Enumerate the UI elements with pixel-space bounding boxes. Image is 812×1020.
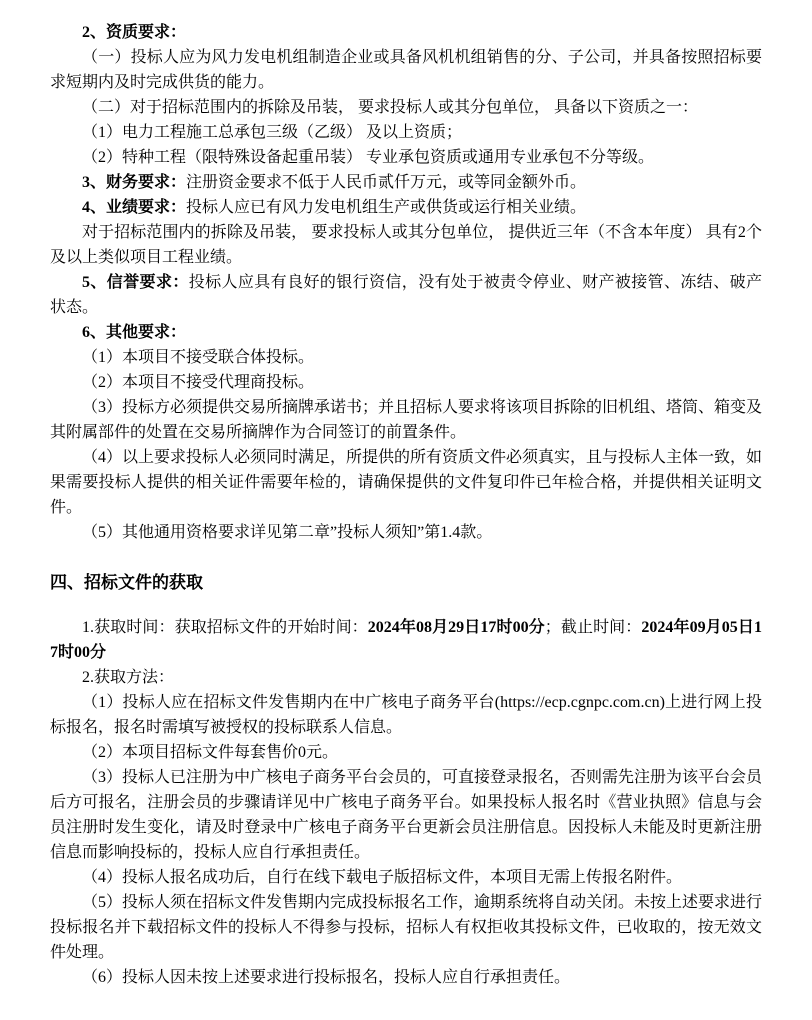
text-segment: 6、其他要求： (82, 324, 186, 341)
text-segment: （4）投标人报名成功后，自行在线下载电子版招标文件，本项目无需上传报名附件。 (82, 869, 682, 886)
section-heading: 四、招标文件的获取 (50, 570, 762, 595)
paragraph: （一）投标人应为风力发电机组制造企业或具备风机机组销售的分、子公司，并具备按照招… (50, 45, 762, 95)
text-segment: （4）以上要求投标人必须同时满足，所提供的所有资质文件必须真实，且与投标人主体一… (50, 449, 762, 516)
text-segment: （一）投标人应为风力发电机组制造企业或具备风机机组销售的分、子公司，并具备按照招… (50, 49, 762, 91)
paragraph: 5、信誉要求：投标人应具有良好的银行资信，没有处于被责令停业、财产被接管、冻结、… (50, 270, 762, 320)
paragraph: 3、财务要求：注册资金要求不低于人民币贰仟万元，或等同金额外币。 (50, 170, 762, 195)
paragraph: 2、资质要求： (50, 20, 762, 45)
text-segment: （1）本项目不接受联合体投标。 (82, 349, 314, 366)
text-segment: ；截止时间： (545, 619, 642, 636)
text-segment: （6）投标人因未按上述要求进行投标报名，投标人应自行承担责任。 (82, 969, 570, 986)
text-segment: 2、资质要求： (82, 24, 186, 41)
text-segment: （1）电力工程施工总承包三级（乙级） 及以上资质； (82, 124, 462, 141)
text-segment: 2.获取方法： (82, 669, 174, 686)
paragraph: 1.获取时间：获取招标文件的开始时间：2024年08月29日17时00分；截止时… (50, 615, 762, 665)
text-segment: 3、财务要求： (82, 174, 186, 191)
paragraph: （1）投标人应在招标文件发售期内在中广核电子商务平台(https://ecp.c… (50, 690, 762, 740)
paragraph: （3）投标方必须提供交易所摘牌承诺书；并且招标人要求将该项目拆除的旧机组、塔筒、… (50, 395, 762, 445)
document-page: 2、资质要求：（一）投标人应为风力发电机组制造企业或具备风机机组销售的分、子公司… (0, 0, 812, 1020)
text-segment: （5）其他通用资格要求详见第二章”投标人须知”第1.4款。 (82, 524, 492, 541)
paragraph: （3）投标人已注册为中广核电子商务平台会员的，可直接登录报名，否则需先注册为该平… (50, 765, 762, 865)
paragraph: （4）投标人报名成功后，自行在线下载电子版招标文件，本项目无需上传报名附件。 (50, 865, 762, 890)
paragraph: （1）电力工程施工总承包三级（乙级） 及以上资质； (50, 120, 762, 145)
text-segment: （2）特种工程（限特殊设备起重吊装） 专业承包资质或通用专业承包不分等级。 (82, 149, 654, 166)
text-segment: （3）投标方必须提供交易所摘牌承诺书；并且招标人要求将该项目拆除的旧机组、塔筒、… (50, 399, 762, 441)
paragraph: （6）投标人因未按上述要求进行投标报名，投标人应自行承担责任。 (50, 965, 762, 990)
paragraph: （5）投标人须在招标文件发售期内完成投标报名工作，逾期系统将自动关闭。未按上述要… (50, 890, 762, 965)
paragraph: （5）其他通用资格要求详见第二章”投标人须知”第1.4款。 (50, 520, 762, 545)
text-segment: （二）对于招标范围内的拆除及吊装， 要求投标人或其分包单位， 具备以下资质之一： (82, 99, 698, 116)
paragraph: 4、业绩要求：投标人应已有风力发电机组生产或供货或运行相关业绩。 (50, 195, 762, 220)
paragraph: （2）特种工程（限特殊设备起重吊装） 专业承包资质或通用专业承包不分等级。 (50, 145, 762, 170)
text-segment: （2）本项目招标文件每套售价0元。 (82, 744, 338, 761)
paragraph: （1）本项目不接受联合体投标。 (50, 345, 762, 370)
text-segment: 四、招标文件的获取 (50, 573, 203, 592)
text-segment: 投标人应已有风力发电机组生产或供货或运行相关业绩。 (186, 199, 586, 216)
text-segment: 4、业绩要求： (82, 199, 186, 216)
paragraph: 对于招标范围内的拆除及吊装， 要求投标人或其分包单位， 提供近三年（不含本年度）… (50, 220, 762, 270)
text-segment: 1.获取时间：获取招标文件的开始时间： (82, 619, 368, 636)
paragraph: 6、其他要求： (50, 320, 762, 345)
paragraph: （2）本项目不接受代理商投标。 (50, 370, 762, 395)
text-segment: 2024年08月29日17时00分 (368, 619, 545, 636)
document-body: 2、资质要求：（一）投标人应为风力发电机组制造企业或具备风机机组销售的分、子公司… (50, 20, 762, 990)
paragraph: （二）对于招标范围内的拆除及吊装， 要求投标人或其分包单位， 具备以下资质之一： (50, 95, 762, 120)
text-segment: 对于招标范围内的拆除及吊装， 要求投标人或其分包单位， 提供近三年（不含本年度）… (50, 224, 762, 266)
text-segment: 5、信誉要求： (82, 274, 189, 291)
text-segment: （3）投标人已注册为中广核电子商务平台会员的，可直接登录报名，否则需先注册为该平… (50, 769, 762, 861)
text-segment: （1）投标人应在招标文件发售期内在中广核电子商务平台(https://ecp.c… (50, 694, 762, 736)
text-segment: （2）本项目不接受代理商投标。 (82, 374, 314, 391)
paragraph: 2.获取方法： (50, 665, 762, 690)
paragraph: （4）以上要求投标人必须同时满足，所提供的所有资质文件必须真实，且与投标人主体一… (50, 445, 762, 520)
text-segment: 注册资金要求不低于人民币贰仟万元，或等同金额外币。 (186, 174, 586, 191)
text-segment: （5）投标人须在招标文件发售期内完成投标报名工作，逾期系统将自动关闭。未按上述要… (50, 894, 762, 961)
paragraph: （2）本项目招标文件每套售价0元。 (50, 740, 762, 765)
